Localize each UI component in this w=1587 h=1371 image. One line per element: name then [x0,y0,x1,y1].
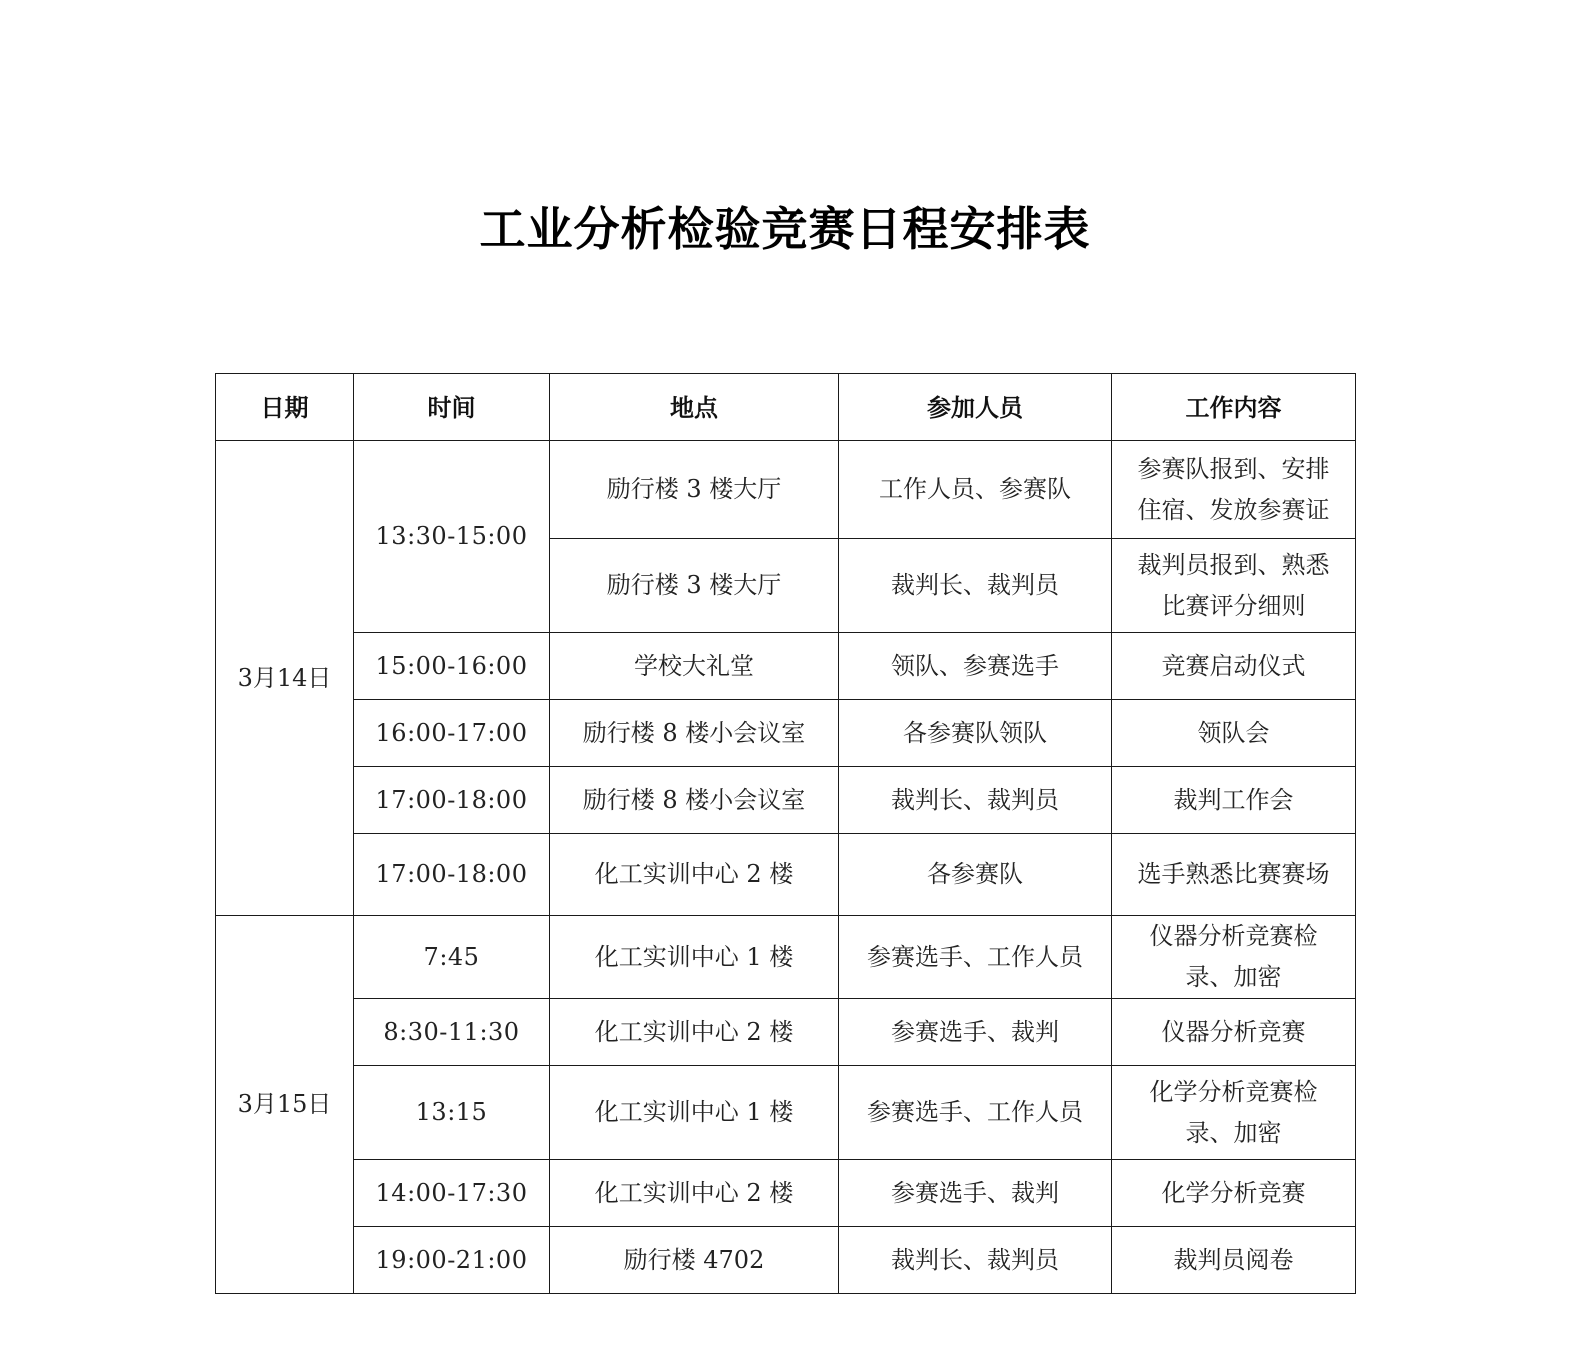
content-text: 仪器分析竞赛 [1162,1012,1306,1053]
content-text: 化学分析竞赛 [1162,1173,1306,1214]
content-text: 仪器分析竞赛检录、加密 [1129,916,1339,998]
participants-cell: 参赛选手、工作人员 [839,916,1112,999]
header-row: 日期 时间 地点 参加人员 工作内容 [216,374,1356,441]
content-text: 参赛队报到、安排住宿、发放参赛证 [1129,449,1339,531]
participants-cell: 参赛选手、工作人员 [839,1066,1112,1160]
header-time: 时间 [354,374,550,441]
location-cell: 学校大礼堂 [550,633,839,700]
participants-cell: 裁判长、裁判员 [839,539,1112,633]
content-cell: 领队会 [1112,700,1356,767]
location-cell: 化工实训中心 2 楼 [550,834,839,916]
header-date: 日期 [216,374,354,441]
participants-cell: 工作人员、参赛队 [839,441,1112,539]
table-row: 15:00-16:00 学校大礼堂 领队、参赛选手 竞赛启动仪式 [216,633,1356,700]
table-row: 17:00-18:00 化工实训中心 2 楼 各参赛队 选手熟悉比赛赛场 [216,834,1356,916]
content-text: 裁判员报到、熟悉比赛评分细则 [1129,545,1339,627]
time-cell: 19:00-21:00 [354,1227,550,1294]
table-row: 13:15 化工实训中心 1 楼 参赛选手、工作人员 化学分析竞赛检录、加密 [216,1066,1356,1160]
content-cell: 化学分析竞赛检录、加密 [1112,1066,1356,1160]
location-cell: 励行楼 8 楼小会议室 [550,700,839,767]
content-cell: 选手熟悉比赛赛场 [1112,834,1356,916]
schedule-table: 日期 时间 地点 参加人员 工作内容 3月14日 13:30-15:00 励行楼… [215,373,1356,1294]
time-cell: 7:45 [354,916,550,999]
header-participants: 参加人员 [839,374,1112,441]
content-text: 竞赛启动仪式 [1162,646,1306,687]
location-cell: 化工实训中心 2 楼 [550,1160,839,1227]
content-text: 化学分析竞赛检录、加密 [1129,1072,1339,1154]
location-cell: 化工实训中心 1 楼 [550,916,839,999]
content-cell: 裁判工作会 [1112,767,1356,834]
participants-cell: 领队、参赛选手 [839,633,1112,700]
content-text: 选手熟悉比赛赛场 [1138,854,1330,895]
page-title: 工业分析检验竞赛日程安排表 [0,196,1570,262]
content-cell: 竞赛启动仪式 [1112,633,1356,700]
table-row: 3月14日 13:30-15:00 励行楼 3 楼大厅 工作人员、参赛队 参赛队… [216,441,1356,539]
time-cell: 13:30-15:00 [354,441,550,633]
participants-cell: 各参赛队领队 [839,700,1112,767]
header-location: 地点 [550,374,839,441]
time-cell: 8:30-11:30 [354,999,550,1066]
content-cell: 裁判员阅卷 [1112,1227,1356,1294]
header-content: 工作内容 [1112,374,1356,441]
table-row: 8:30-11:30 化工实训中心 2 楼 参赛选手、裁判 仪器分析竞赛 [216,999,1356,1066]
content-cell: 化学分析竞赛 [1112,1160,1356,1227]
location-cell: 励行楼 8 楼小会议室 [550,767,839,834]
participants-cell: 各参赛队 [839,834,1112,916]
time-cell: 17:00-18:00 [354,767,550,834]
participants-cell: 参赛选手、裁判 [839,1160,1112,1227]
content-cell: 仪器分析竞赛 [1112,999,1356,1066]
table-row: 3月15日 7:45 化工实训中心 1 楼 参赛选手、工作人员 仪器分析竞赛检录… [216,916,1356,999]
time-cell: 15:00-16:00 [354,633,550,700]
content-cell: 参赛队报到、安排住宿、发放参赛证 [1112,441,1356,539]
date-cell: 3月15日 [216,916,354,1294]
table-row: 14:00-17:30 化工实训中心 2 楼 参赛选手、裁判 化学分析竞赛 [216,1160,1356,1227]
participants-cell: 裁判长、裁判员 [839,767,1112,834]
location-cell: 化工实训中心 2 楼 [550,999,839,1066]
time-cell: 13:15 [354,1066,550,1160]
content-cell: 仪器分析竞赛检录、加密 [1112,916,1356,999]
content-text: 领队会 [1198,713,1270,754]
time-cell: 14:00-17:30 [354,1160,550,1227]
table-row: 16:00-17:00 励行楼 8 楼小会议室 各参赛队领队 领队会 [216,700,1356,767]
location-cell: 励行楼 3 楼大厅 [550,539,839,633]
time-cell: 17:00-18:00 [354,834,550,916]
content-cell: 裁判员报到、熟悉比赛评分细则 [1112,539,1356,633]
participants-cell: 参赛选手、裁判 [839,999,1112,1066]
location-cell: 化工实训中心 1 楼 [550,1066,839,1160]
content-text: 裁判工作会 [1174,780,1294,821]
location-cell: 励行楼 4702 [550,1227,839,1294]
participants-cell: 裁判长、裁判员 [839,1227,1112,1294]
content-text: 裁判员阅卷 [1174,1240,1294,1281]
location-cell: 励行楼 3 楼大厅 [550,441,839,539]
time-cell: 16:00-17:00 [354,700,550,767]
table-row: 17:00-18:00 励行楼 8 楼小会议室 裁判长、裁判员 裁判工作会 [216,767,1356,834]
date-cell: 3月14日 [216,441,354,916]
table-row: 19:00-21:00 励行楼 4702 裁判长、裁判员 裁判员阅卷 [216,1227,1356,1294]
